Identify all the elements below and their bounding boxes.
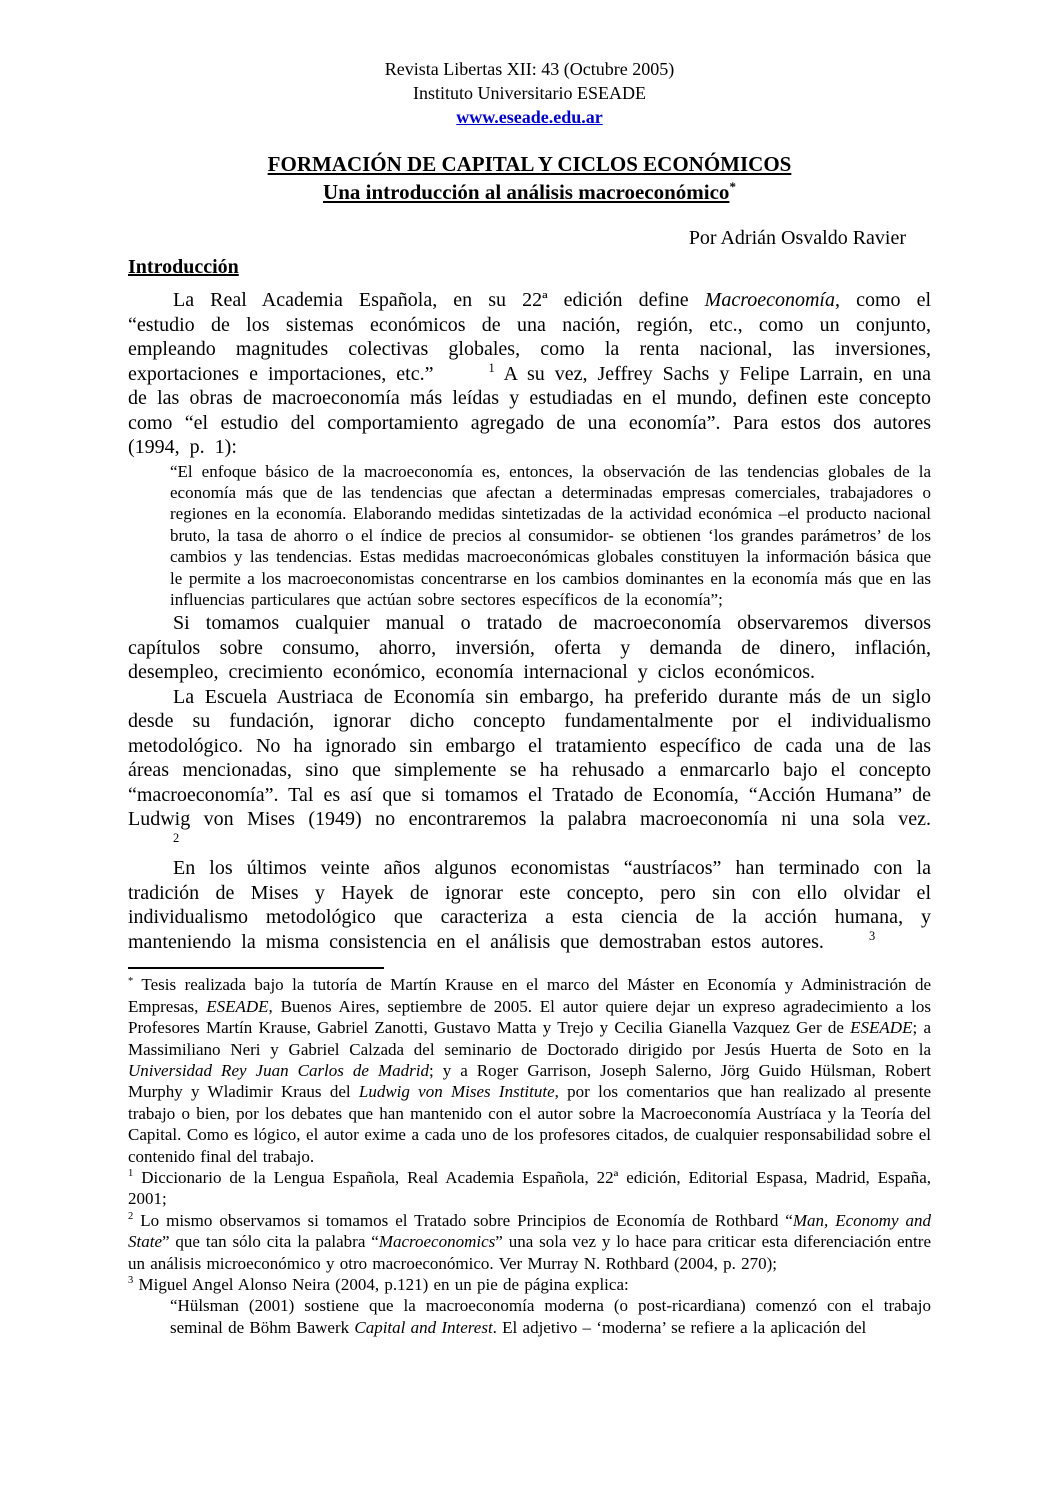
article-subtitle: Una introducción al análisis macroeconóm… [128, 178, 931, 206]
footnote-3: 3 Miguel Angel Alonso Neira (2004, p.121… [128, 1274, 931, 1295]
intro-heading-text: Introducción [128, 256, 239, 278]
footnote-star: * Tesis realizada bajo la tutoría de Mar… [128, 974, 931, 1167]
footnote-3-quote: “Hülsman (2001) sostiene que la macroeco… [170, 1295, 931, 1338]
journal-header-line: Revista Libertas XII: 43 (Octubre 2005) [128, 57, 931, 81]
article-title-main: FORMACIÓN DE CAPITAL Y CICLOS ECONÓMICOS [128, 150, 931, 178]
footnote-separator [128, 967, 384, 969]
paragraph-3-run: La Escuela Austriaca de Economía sin emb… [128, 686, 931, 831]
footnotes-section: * Tesis realizada bajo la tutoría de Mar… [128, 974, 931, 1338]
website-link-row: www.eseade.edu.ar [128, 105, 931, 129]
footnote-3-run: Miguel Angel Alonso Neira (2004, p.121) … [133, 1275, 628, 1294]
footnote-star-italic-run: Universidad Rey Juan Carlos de Madrid [128, 1061, 429, 1080]
footnote-2-run: Lo mismo observamos si tomamos el Tratad… [133, 1211, 793, 1230]
article-title-main-text: FORMACIÓN DE CAPITAL Y CICLOS ECONÓMICOS [268, 152, 792, 176]
intro-heading: Introducción [128, 255, 931, 280]
article-title: FORMACIÓN DE CAPITAL Y CICLOS ECONÓMICOS… [128, 150, 931, 206]
document-page: Revista Libertas XII: 43 (Octubre 2005) … [0, 0, 1058, 1497]
byline: Por Adrián Osvaldo Ravier [128, 226, 931, 251]
footnote-1: 1 Diccionario de la Lengua Española, Rea… [128, 1167, 931, 1210]
paragraph-4: En los últimos veinte años algunos econo… [128, 856, 931, 954]
article-subtitle-text: Una introducción al análisis macroeconóm… [323, 180, 729, 204]
paragraph-2: Si tomamos cualquier manual o tratado de… [128, 611, 931, 685]
footnote-3-quote-run: . El adjetivo – ‘moderna’ se refiere a l… [493, 1318, 867, 1337]
paragraph-1: La Real Academia Española, en su 22ª edi… [128, 288, 931, 460]
paragraph-3: La Escuela Austriaca de Economía sin emb… [128, 685, 931, 857]
footnote-star-italic-run: ESEADE [850, 1018, 912, 1037]
footnote-1-run: Diccionario de la Lengua Española, Real … [128, 1168, 931, 1208]
paragraph-4-run: En los últimos veinte años algunos econo… [128, 857, 931, 953]
paragraph-1-run: La Real Academia Española, en su 22ª edi… [173, 289, 705, 311]
paragraph-1-italic-run: Macroeconomía [705, 289, 835, 311]
website-link[interactable]: www.eseade.edu.ar [456, 107, 603, 127]
footnote-3-quote-italic-run: Capital and Interest [354, 1318, 492, 1337]
institute-header-line: Instituto Universitario ESEADE [128, 81, 931, 105]
footnote-star-italic-run: ESEADE [206, 997, 268, 1016]
block-quote: “El enfoque básico de la macroeconomía e… [170, 461, 931, 611]
footnote-star-italic-run: Ludwig von Mises Institute [359, 1082, 555, 1101]
footnote-2-italic-run: Macroeconomics [379, 1232, 495, 1251]
footnote-2: 2 Lo mismo observamos si tomamos el Trat… [128, 1210, 931, 1274]
footnote-2-run: ” que tan sólo cita la palabra “ [162, 1232, 379, 1251]
